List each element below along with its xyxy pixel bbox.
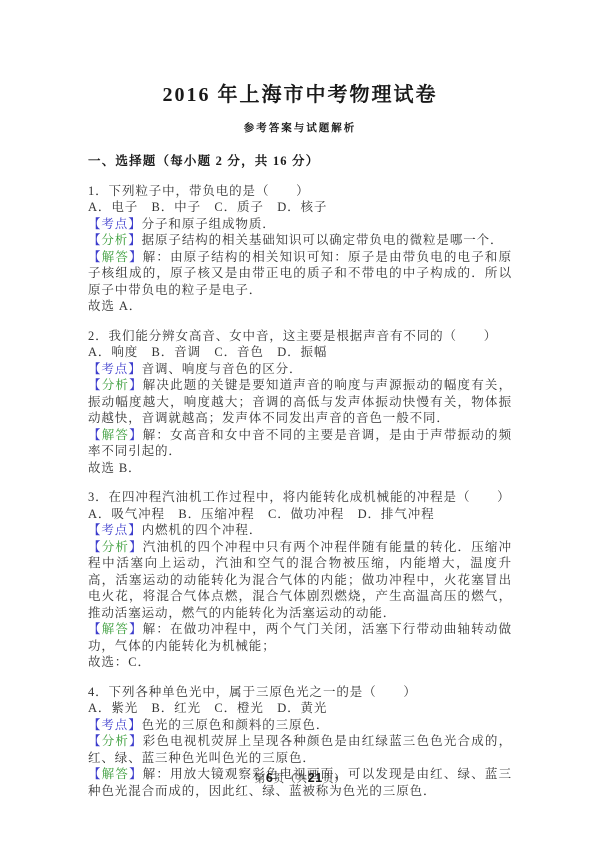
open-bracket: 【 bbox=[88, 362, 101, 376]
question-options: A．紫光 B．红光 C．橙光 D．黄光 bbox=[88, 700, 512, 717]
question-options: A．吸气冲程 B．压缩冲程 C．做功冲程 D．排气冲程 bbox=[88, 506, 512, 523]
footer-middle: 页（共 bbox=[273, 773, 308, 785]
close-bracket: 】 bbox=[129, 734, 143, 748]
kaodian-tag: 【考点】 bbox=[88, 718, 142, 732]
fenxi-line: 【分析】据原子结构的相关基础知识可以确定带负电的微粒是哪一个． bbox=[88, 232, 512, 249]
jieda-label: 解答 bbox=[102, 622, 129, 636]
fenxi-label: 分析 bbox=[102, 378, 129, 392]
fenxi-line: 【分析】彩色电视机荧屏上呈现各种颜色是由红绿蓝三色色光合成的，红、绿、蓝三种色光… bbox=[88, 733, 512, 766]
kaodian-line: 【考点】音调、响度与音色的区分． bbox=[88, 361, 512, 378]
jieda-label: 解答 bbox=[102, 428, 129, 442]
fenxi-tag: 【分析】 bbox=[88, 233, 142, 247]
fenxi-text: 据原子结构的相关基础知识可以确定带负电的微粒是哪一个． bbox=[142, 233, 504, 247]
close-bracket: 】 bbox=[129, 540, 143, 554]
open-bracket: 【 bbox=[88, 428, 102, 442]
kaodian-text: 分子和原子组成物质． bbox=[142, 217, 276, 231]
open-bracket: 【 bbox=[88, 250, 102, 264]
question-stem: 2．我们能分辨女高音、女中音，这主要是根据声音有不同的（ ） bbox=[88, 328, 512, 345]
open-bracket: 【 bbox=[88, 217, 101, 231]
question-block-3: 3．在四冲程汽油机工作过程中，将内能转化成机械能的冲程是（ ） A．吸气冲程 B… bbox=[88, 489, 512, 671]
jieda-tag: 【解答】 bbox=[88, 622, 143, 636]
close-bracket: 】 bbox=[129, 428, 143, 442]
close-bracket: 】 bbox=[129, 378, 143, 392]
answer-line: 故选 B． bbox=[88, 460, 512, 477]
document-page: 2016 年上海市中考物理试卷 参考答案与试题解析 一、选择题（每小题 2 分，… bbox=[0, 0, 600, 848]
total-pages-number: 21 bbox=[308, 771, 323, 785]
fenxi-label: 分析 bbox=[101, 233, 128, 247]
answer-line: 故选 A． bbox=[88, 298, 512, 315]
close-bracket: 】 bbox=[128, 217, 141, 231]
open-bracket: 【 bbox=[88, 540, 102, 554]
question-stem: 1．下列粒子中，带负电的是（ ） bbox=[88, 183, 512, 200]
footer-prefix: 第 bbox=[254, 773, 266, 785]
close-bracket: 】 bbox=[128, 233, 141, 247]
page-footer: 第6页（共21页） bbox=[0, 770, 600, 786]
fenxi-tag: 【分析】 bbox=[88, 734, 143, 748]
kaodian-label: 考点 bbox=[101, 217, 128, 231]
close-bracket: 】 bbox=[129, 622, 143, 636]
kaodian-text: 音调、响度与音色的区分． bbox=[142, 362, 303, 376]
open-bracket: 【 bbox=[88, 233, 101, 247]
jieda-line: 【解答】解：在做功冲程中，两个气门关闭，活塞下行带动曲轴转动做功，气体的内能转化… bbox=[88, 621, 512, 654]
open-bracket: 【 bbox=[88, 378, 102, 392]
kaodian-line: 【考点】分子和原子组成物质． bbox=[88, 216, 512, 233]
fenxi-line: 【分析】解决此题的关键是要知道声音的响度与声源振动的幅度有关，振动幅度越大，响度… bbox=[88, 377, 512, 427]
kaodian-tag: 【考点】 bbox=[88, 362, 142, 376]
kaodian-label: 考点 bbox=[101, 523, 128, 537]
section-heading: 一、选择题（每小题 2 分，共 16 分） bbox=[88, 153, 512, 170]
question-block-1: 1．下列粒子中，带负电的是（ ） A．电子 B．中子 C．质子 D．核子 【考点… bbox=[88, 183, 512, 315]
fenxi-tag: 【分析】 bbox=[88, 540, 143, 554]
fenxi-text: 汽油机的四个冲程中只有两个冲程伴随有能量的转化．压缩冲程中活塞向上运动，汽油和空… bbox=[88, 540, 512, 620]
close-bracket: 】 bbox=[128, 718, 141, 732]
question-stem: 4．下列各种单色光中，属于三原色光之一的是（ ） bbox=[88, 684, 512, 701]
answer-line: 故选：C． bbox=[88, 654, 512, 671]
close-bracket: 】 bbox=[129, 250, 143, 264]
fenxi-tag: 【分析】 bbox=[88, 378, 143, 392]
close-bracket: 】 bbox=[128, 523, 141, 537]
kaodian-tag: 【考点】 bbox=[88, 523, 142, 537]
fenxi-text: 彩色电视机荧屏上呈现各种颜色是由红绿蓝三色色光合成的，红、绿、蓝三种色光叫色光的… bbox=[88, 734, 512, 765]
kaodian-text: 内燃机的四个冲程． bbox=[142, 523, 263, 537]
question-stem: 3．在四冲程汽油机工作过程中，将内能转化成机械能的冲程是（ ） bbox=[88, 489, 512, 506]
jieda-text: 解：在做功冲程中，两个气门关闭，活塞下行带动曲轴转动做功，气体的内能转化为机械能… bbox=[88, 622, 512, 653]
jieda-label: 解答 bbox=[102, 250, 129, 264]
question-options: A．响度 B．音调 C．音色 D．振幅 bbox=[88, 344, 512, 361]
jieda-text: 解：女高音和女中音不同的主要是音调，是由于声带振动的频率不同引起的． bbox=[88, 428, 512, 459]
jieda-tag: 【解答】 bbox=[88, 428, 143, 442]
document-subtitle: 参考答案与试题解析 bbox=[0, 120, 600, 135]
kaodian-text: 色光的三原色和颜料的三原色． bbox=[142, 718, 330, 732]
question-options: A．电子 B．中子 C．质子 D．核子 bbox=[88, 199, 512, 216]
fenxi-label: 分析 bbox=[102, 540, 129, 554]
question-block-2: 2．我们能分辨女高音、女中音，这主要是根据声音有不同的（ ） A．响度 B．音调… bbox=[88, 328, 512, 477]
jieda-tag: 【解答】 bbox=[88, 250, 143, 264]
document-title: 2016 年上海市中考物理试卷 bbox=[0, 82, 600, 108]
open-bracket: 【 bbox=[88, 523, 101, 537]
kaodian-line: 【考点】内燃机的四个冲程． bbox=[88, 522, 512, 539]
document-body: 一、选择题（每小题 2 分，共 16 分） 1．下列粒子中，带负电的是（ ） A… bbox=[0, 153, 600, 799]
fenxi-text: 解决此题的关键是要知道声音的响度与声源振动的幅度有关，振动幅度越大，响度越大；音… bbox=[88, 378, 512, 425]
kaodian-line: 【考点】色光的三原色和颜料的三原色． bbox=[88, 717, 512, 734]
open-bracket: 【 bbox=[88, 718, 101, 732]
footer-suffix: 页） bbox=[323, 773, 346, 785]
close-bracket: 】 bbox=[128, 362, 141, 376]
kaodian-label: 考点 bbox=[101, 362, 128, 376]
jieda-line: 【解答】解：由原子结构的相关知识可知：原子是由带负电的电子和原子核组成的，原子核… bbox=[88, 249, 512, 299]
open-bracket: 【 bbox=[88, 622, 102, 636]
jieda-text: 解：由原子结构的相关知识可知：原子是由带负电的电子和原子核组成的，原子核又是由带… bbox=[88, 250, 512, 297]
open-bracket: 【 bbox=[88, 734, 102, 748]
kaodian-tag: 【考点】 bbox=[88, 217, 142, 231]
fenxi-label: 分析 bbox=[102, 734, 129, 748]
fenxi-line: 【分析】汽油机的四个冲程中只有两个冲程伴随有能量的转化．压缩冲程中活塞向上运动，… bbox=[88, 539, 512, 622]
kaodian-label: 考点 bbox=[101, 718, 128, 732]
jieda-line: 【解答】解：女高音和女中音不同的主要是音调，是由于声带振动的频率不同引起的． bbox=[88, 427, 512, 460]
